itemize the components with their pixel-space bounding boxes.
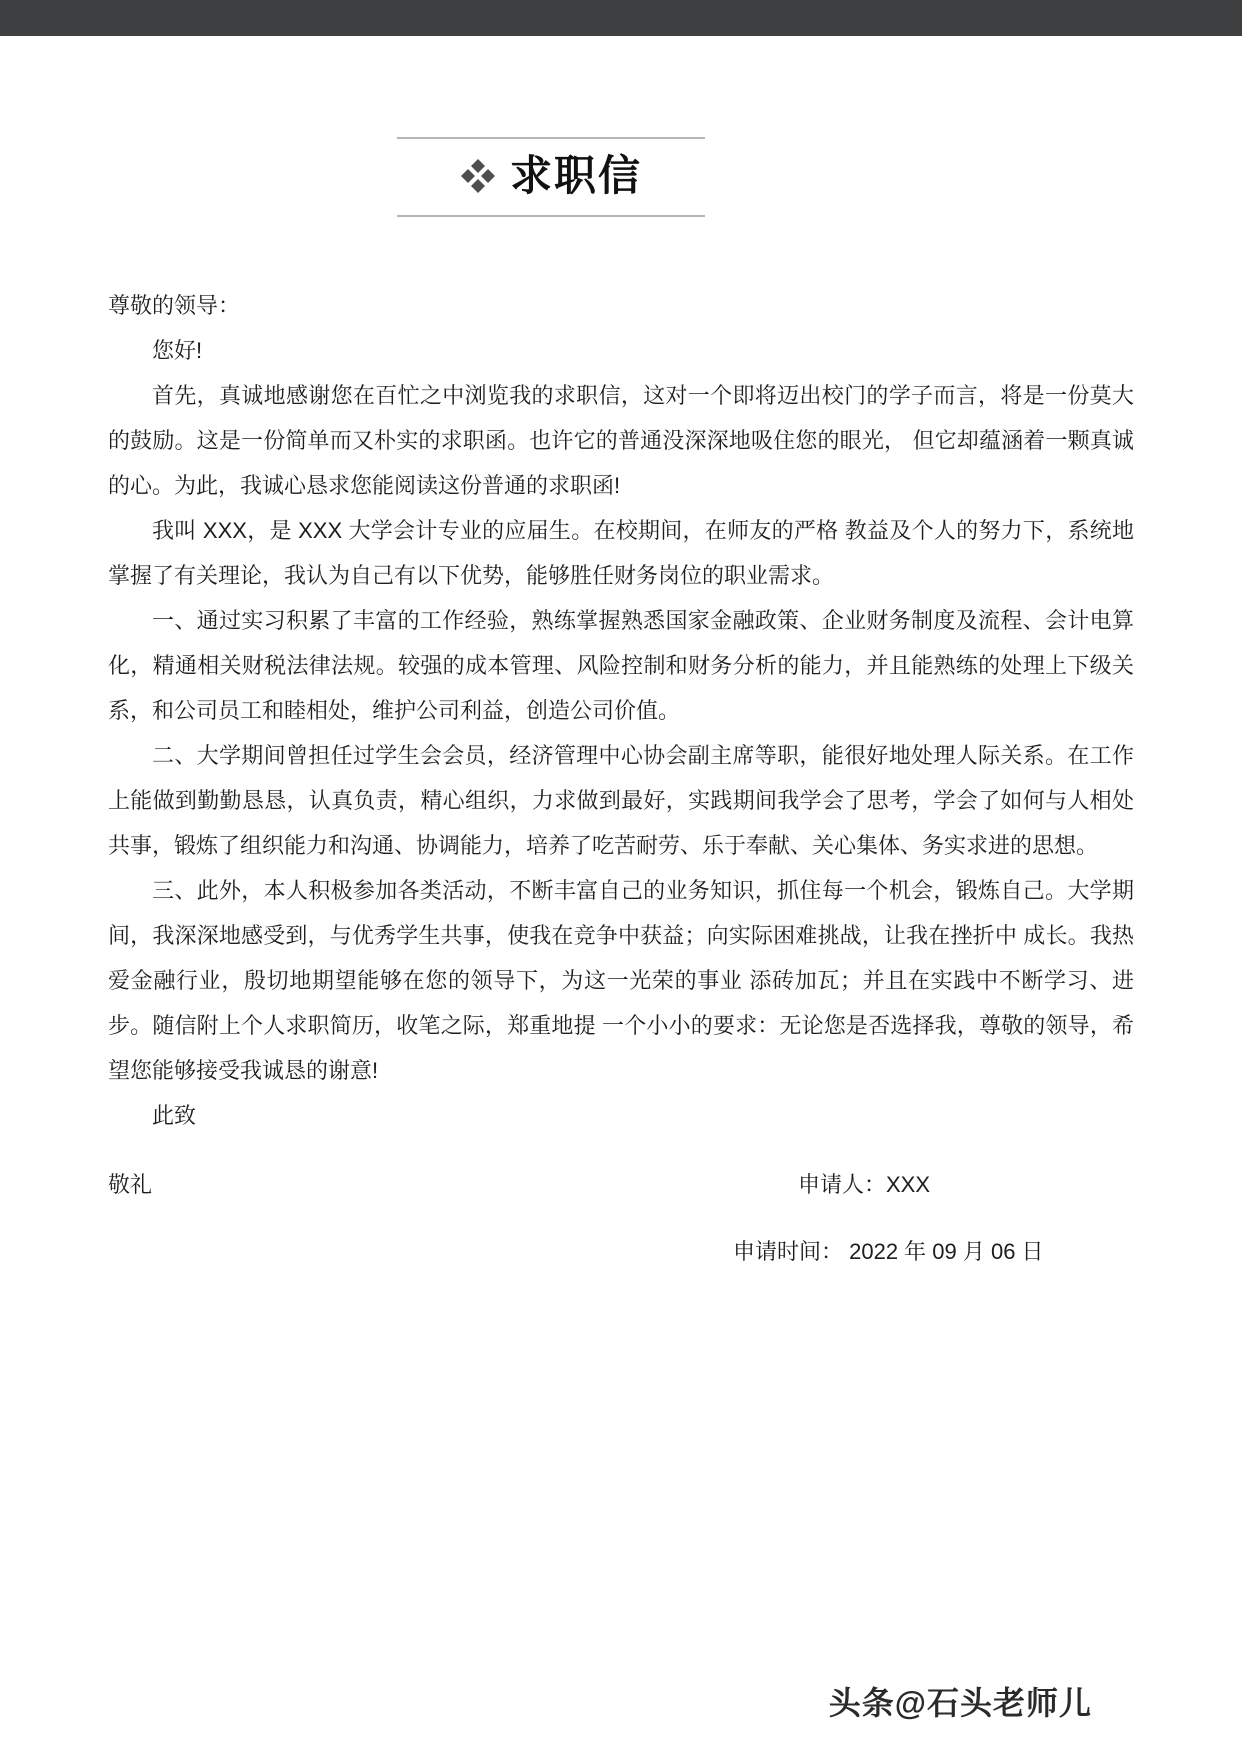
salute-text: 敬礼 [108, 1162, 152, 1207]
paragraph-point-three: 三、此外，本人积极参加各类活动，不断丰富自己的业务知识，抓住每一个机会，锻炼自己… [108, 868, 1134, 1093]
paragraph-point-two: 二、大学期间曾担任过学生会会员，经济管理中心协会副主席等职，能很好地处理人际关系… [108, 733, 1134, 868]
paragraph-point-one: 一、通过实习积累了丰富的工作经验，熟练掌握熟悉国家金融政策、企业财务制度及流程、… [108, 598, 1134, 733]
document-page: 求职信 尊敬的领导： 您好! 首先，真诚地感谢您在百忙之中浏览我的求职信，这对一… [0, 0, 1242, 1757]
closing-text: 此致 [108, 1093, 1134, 1138]
date-row: 申请时间： 2022 年 09 月 06 日 [108, 1229, 1134, 1274]
letter-body: 尊敬的领导： 您好! 首先，真诚地感谢您在百忙之中浏览我的求职信，这对一个即将迈… [108, 283, 1134, 1274]
top-bar [0, 0, 1242, 36]
title-inner: 求职信 [460, 151, 642, 201]
application-date: 申请时间： 2022 年 09 月 06 日 [733, 1229, 1044, 1274]
watermark: 头条@石头老师儿 [829, 1678, 1092, 1724]
diamond-cluster-icon [460, 158, 496, 194]
applicant-name: 申请人：XXX [798, 1162, 930, 1207]
signature-row: 敬礼 申请人：XXX [108, 1162, 1134, 1207]
page-title: 求职信 [510, 151, 642, 201]
greeting: 您好! [108, 328, 1134, 373]
title-block: 求职信 [397, 137, 705, 217]
salutation: 尊敬的领导： [108, 283, 1134, 328]
paragraph-self-introduction: 我叫 XXX，是 XXX 大学会计专业的应届生。在校期间，在师友的严格 教益及个… [108, 508, 1134, 598]
paragraph-intro: 首先，真诚地感谢您在百忙之中浏览我的求职信，这对一个即将迈出校门的学子而言，将是… [108, 373, 1134, 508]
